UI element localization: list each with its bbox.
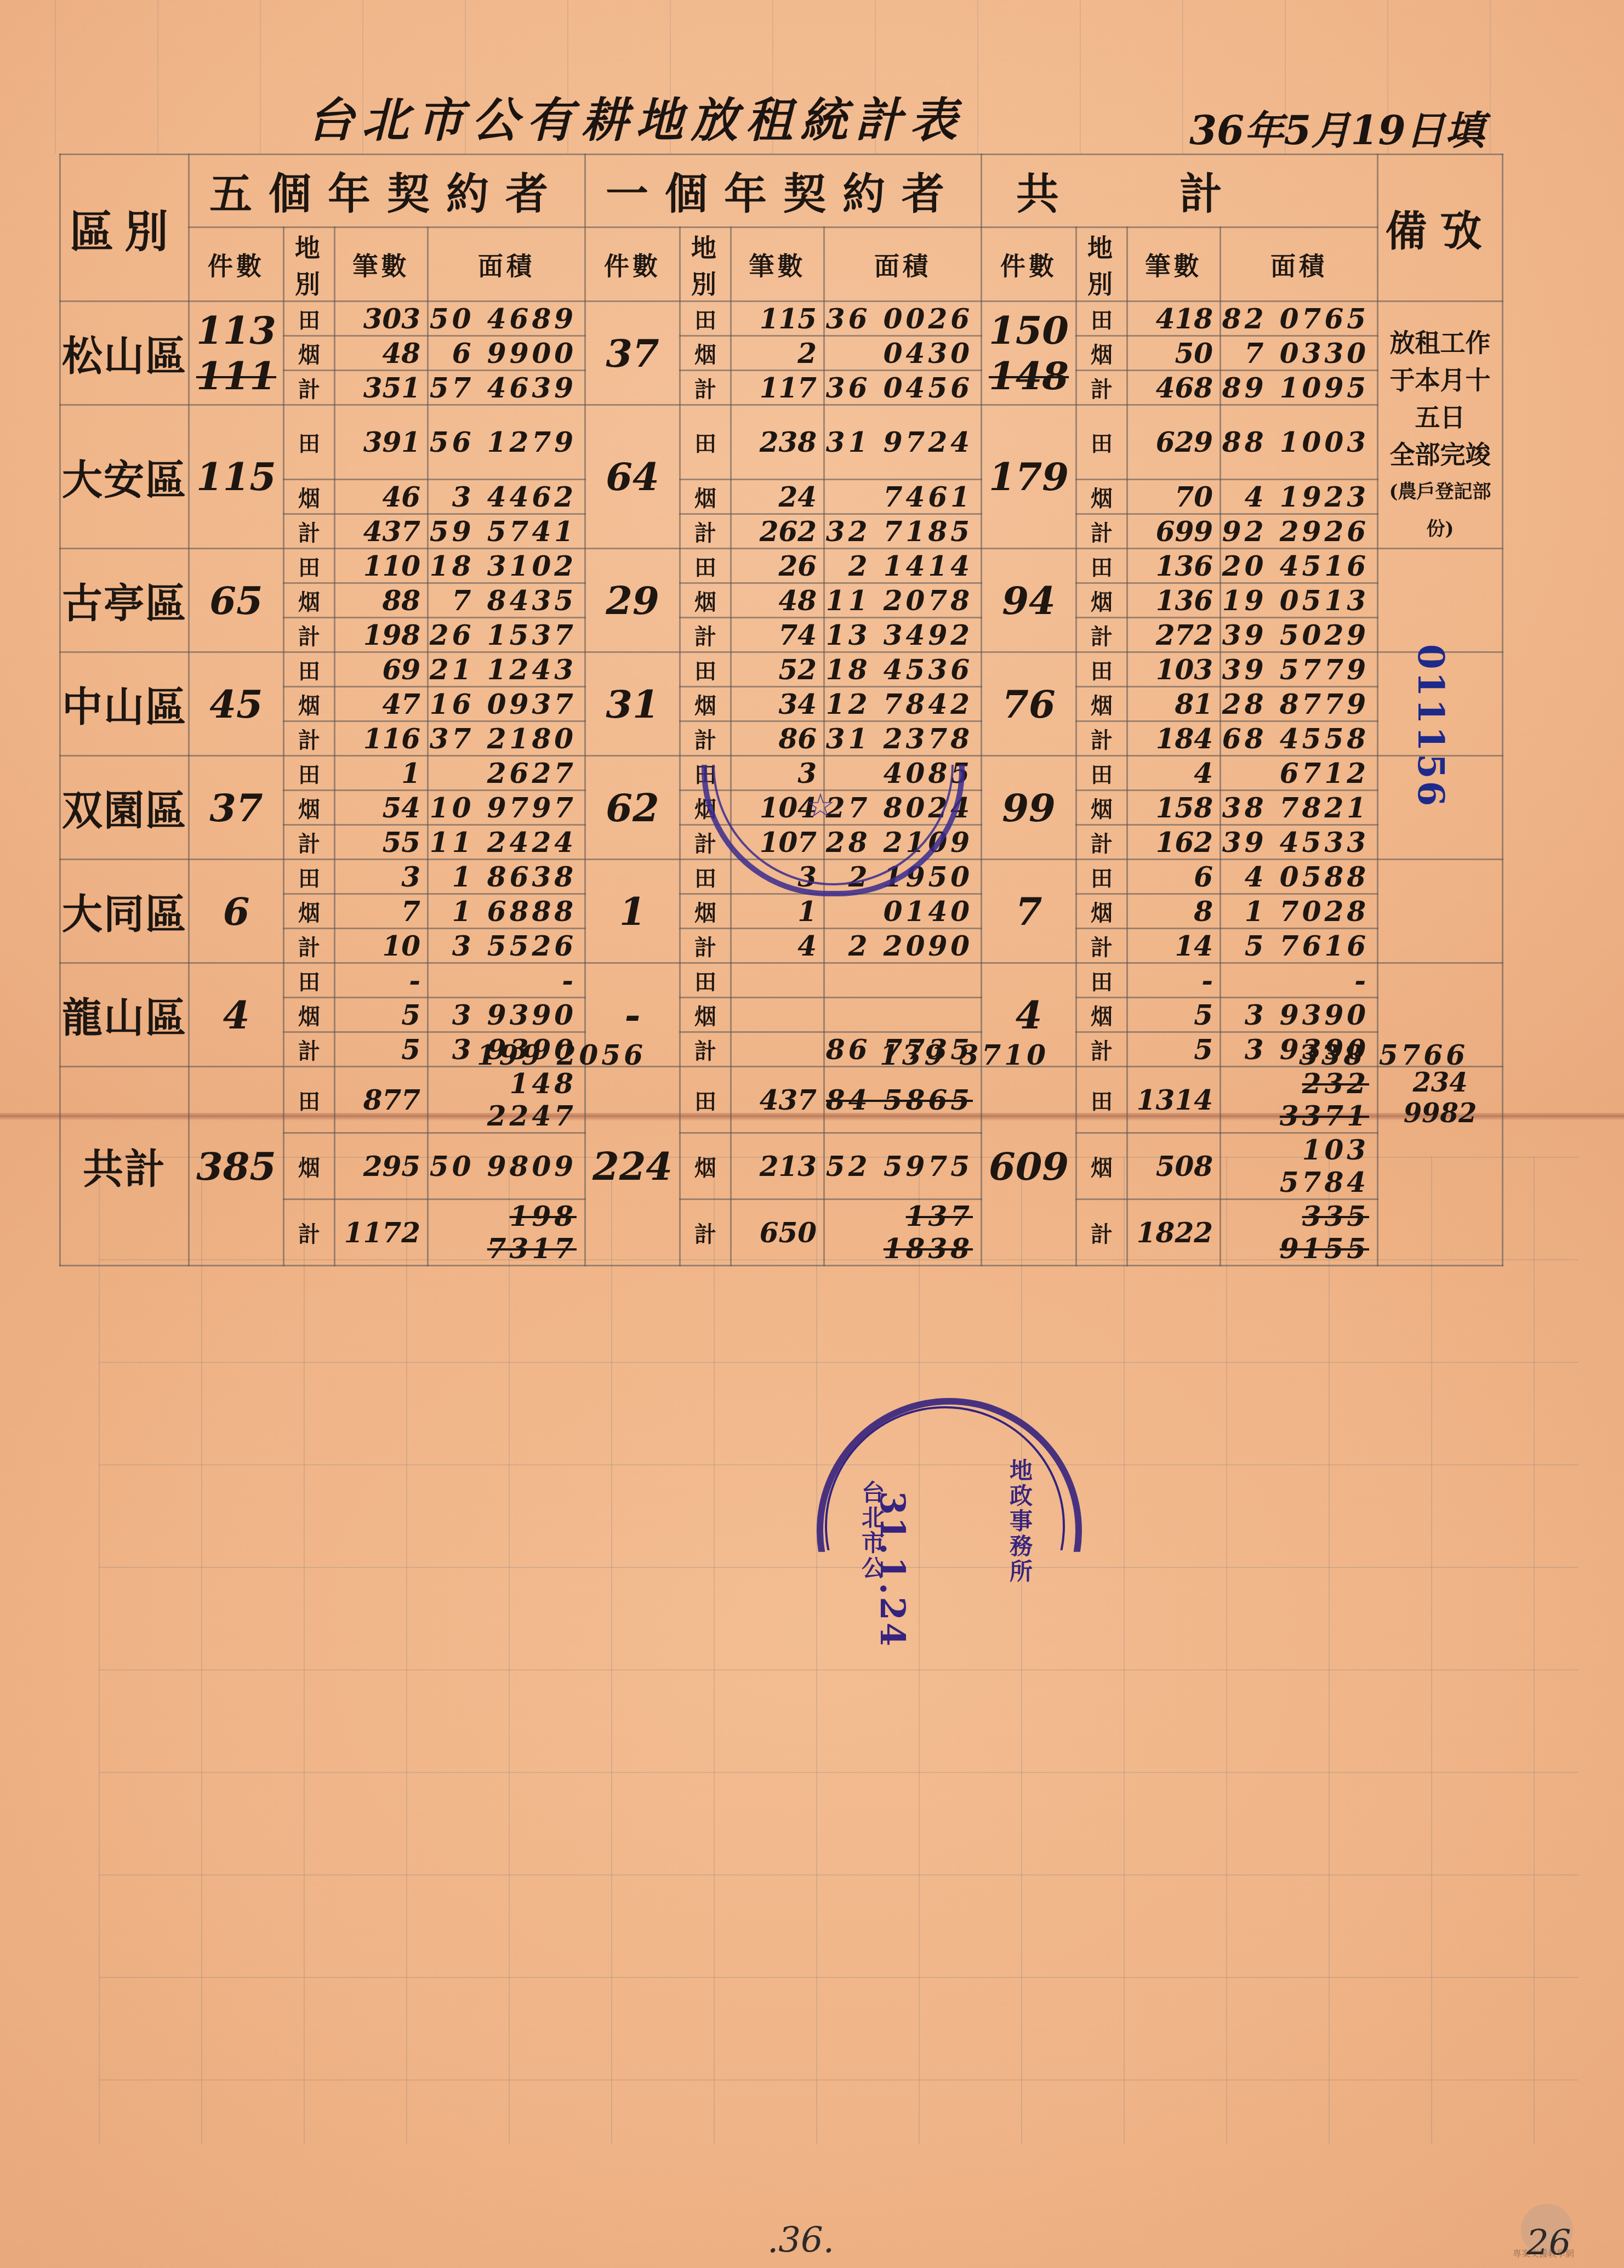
area-number: 5 7616 — [1245, 930, 1369, 962]
land-type: 烟 — [680, 894, 731, 929]
land-type: 烟 — [680, 687, 731, 721]
land-type: 計 — [284, 1032, 335, 1067]
cases-value: 62 — [606, 785, 659, 831]
table-row: 古亭區65田11018 310229田262 141494田13620 4516 — [60, 549, 1503, 583]
land-type: 烟 — [284, 583, 335, 618]
land-type: 田 — [284, 652, 335, 687]
lot-count: 55 — [335, 825, 428, 860]
subheader-land-type: 地別 — [680, 228, 731, 302]
land-type: 計 — [680, 929, 731, 963]
header-five-year: 五個年契約者 — [189, 155, 585, 228]
land-type: 計 — [680, 721, 731, 756]
lot-count: 1822 — [1127, 1200, 1221, 1266]
land-type: 烟 — [680, 480, 731, 514]
land-type: 田 — [284, 860, 335, 894]
land-type: 計 — [1076, 825, 1127, 860]
lot-count: 81 — [1127, 687, 1221, 721]
area-number: 3 9390 — [1245, 999, 1369, 1031]
land-type: 計 — [284, 618, 335, 652]
struck-cases-value: 111 — [196, 353, 276, 399]
area-value: 5 7616 — [1221, 929, 1378, 963]
area-value: 59 5741 — [428, 514, 585, 549]
land-type: 計 — [1076, 1032, 1127, 1067]
land-type: 田 — [680, 652, 731, 687]
area-value: 3 9390 — [1221, 998, 1378, 1032]
cases-value: 45 — [209, 681, 263, 727]
lot-count: 136 — [1127, 549, 1221, 583]
area-number: 6 9900 — [452, 337, 577, 370]
area-value: 39 5779 — [1221, 652, 1378, 687]
struck-cases-value: 148 — [989, 353, 1069, 399]
area-value: 84 5865 — [824, 1067, 982, 1133]
area-number: 7 0330 — [1245, 337, 1369, 370]
area-number: 19 0513 — [1222, 584, 1369, 617]
area-number: 13 3492 — [826, 619, 973, 651]
area-number: 0430 — [884, 337, 973, 370]
area-value: 335 9155 — [1221, 1200, 1378, 1266]
area-number: 36 0026 — [826, 303, 973, 335]
cases-value: 224 — [592, 1144, 673, 1189]
cases-value: 4 — [223, 992, 250, 1038]
area-number: 4 1923 — [1245, 481, 1369, 513]
cases-value: 99 — [1002, 785, 1055, 831]
subheader-area: 面積 — [428, 228, 585, 302]
area-number: 39 4533 — [1222, 826, 1369, 859]
page-number-right: 26 — [1526, 2223, 1571, 2264]
area-value: 3 5526 — [428, 929, 585, 963]
land-type: 計 — [284, 371, 335, 405]
lot-count: 1 — [335, 756, 428, 791]
subheader-lots: 筆數 — [731, 228, 824, 302]
area-value: 56 1279 — [428, 405, 585, 480]
area-number: 2 1414 — [848, 550, 973, 582]
lot-count: 437 — [335, 514, 428, 549]
land-type: 田 — [284, 1067, 335, 1133]
land-type: 計 — [1076, 721, 1127, 756]
cases-value: 150 — [989, 308, 1069, 353]
area-value: 82 0765 — [1221, 302, 1378, 336]
land-type: 田 — [1076, 302, 1127, 336]
district-name: 中山區 — [60, 652, 189, 756]
area-value: 3 9390 — [428, 998, 585, 1032]
land-type: 計 — [284, 1200, 335, 1266]
area-value: 198 7317 — [428, 1200, 585, 1266]
district-name: 共計 — [60, 1067, 189, 1266]
area-number: 3 5526 — [452, 930, 577, 962]
area-number: 89 1095 — [1222, 372, 1369, 404]
lot-count: 1 — [731, 894, 824, 929]
lower-page-grid — [99, 1157, 1579, 2144]
land-type: 烟 — [680, 998, 731, 1032]
lot-count: 4 — [1127, 756, 1221, 791]
lot-count: 198 — [335, 618, 428, 652]
area-value: 28 8779 — [1221, 687, 1378, 721]
land-type: 計 — [1076, 514, 1127, 549]
lot-count: 46 — [335, 480, 428, 514]
grand-total-note: 234 9982 — [1378, 1067, 1502, 1129]
remark-note: (農戶登記部份) — [1378, 473, 1502, 548]
cases-value: 31 — [606, 681, 659, 727]
area-number: 31 9724 — [826, 426, 973, 458]
land-type: 烟 — [1076, 687, 1127, 721]
area-number: 10 9797 — [430, 792, 577, 824]
area-number: 7 8435 — [452, 584, 577, 617]
area-value: 1 8638 — [428, 860, 585, 894]
lot-count — [731, 998, 824, 1032]
area-value: 36 0026 — [824, 302, 982, 336]
cases-value: 115 — [196, 454, 276, 499]
lot-count: 3 — [335, 860, 428, 894]
five-year-cases: 115 — [189, 405, 284, 549]
lot-count: 5 — [335, 1032, 428, 1067]
lot-count: 262 — [731, 514, 824, 549]
lot-count: 629 — [1127, 405, 1221, 480]
land-type: 計 — [1076, 618, 1127, 652]
land-type: 計 — [1076, 929, 1127, 963]
area-value: 137 1838 — [824, 1200, 982, 1266]
land-type: 烟 — [284, 791, 335, 825]
total-cases: 7 — [982, 860, 1076, 963]
five-year-cases: 65 — [189, 549, 284, 652]
area-value: 11 2078 — [824, 583, 982, 618]
lot-count: 162 — [1127, 825, 1221, 860]
lot-count: 5 — [1127, 1032, 1221, 1067]
header-remarks: 備攷 — [1378, 155, 1503, 302]
lot-count: 303 — [335, 302, 428, 336]
lot-count: 468 — [1127, 371, 1221, 405]
land-type: 田 — [284, 756, 335, 791]
lot-count: 116 — [335, 721, 428, 756]
lot-count: 272 — [1127, 618, 1221, 652]
total-cases: 94 — [982, 549, 1076, 652]
document-date: 36年5月19日填 — [1189, 99, 1485, 156]
cases-value: 64 — [606, 454, 659, 499]
area-number: 37 2180 — [430, 723, 577, 755]
land-type: 田 — [1076, 652, 1127, 687]
land-type: 計 — [1076, 371, 1127, 405]
lot-count: 70 — [1127, 480, 1221, 514]
area-number: 39 5029 — [1222, 619, 1369, 651]
lot-count: 117 — [731, 371, 824, 405]
lot-count: 110 — [335, 549, 428, 583]
archive-number: 011156 — [1410, 644, 1452, 809]
lot-count: 699 — [1127, 514, 1221, 549]
subheader-land-type: 地別 — [284, 228, 335, 302]
district-name: 古亭區 — [60, 549, 189, 652]
header-total: 共計 — [982, 155, 1378, 228]
area-value: 50 4689 — [428, 302, 585, 336]
area-number: 39 5779 — [1222, 653, 1369, 686]
area-value — [824, 963, 982, 998]
area-value: 21 1243 — [428, 652, 585, 687]
land-type: 田 — [1076, 860, 1127, 894]
area-number: 68 4558 — [1222, 723, 1369, 755]
area-value: 88 1003 — [1221, 405, 1378, 480]
lot-count: 47 — [335, 687, 428, 721]
area-value: 11 2424 — [428, 825, 585, 860]
cases-value: 94 — [1002, 578, 1055, 623]
area-value: 10 9797 — [428, 791, 585, 825]
lot-count: 115 — [731, 302, 824, 336]
lot-count: 508 — [1127, 1133, 1221, 1200]
area-number: 335 9155 — [1280, 1200, 1369, 1265]
corrected-five-year-area: 199 2056 — [477, 1039, 646, 1071]
land-type: 田 — [1076, 756, 1127, 791]
land-type: 田 — [1076, 405, 1127, 480]
area-value: 2 1414 — [824, 549, 982, 583]
lot-count: 103 — [1127, 652, 1221, 687]
area-value: 148 2247 — [428, 1067, 585, 1133]
area-value: 89 1095 — [1221, 371, 1378, 405]
area-number: 137 1838 — [884, 1200, 973, 1265]
area-number: 56 1279 — [430, 426, 577, 458]
land-type: 烟 — [1076, 583, 1127, 618]
land-type: 田 — [680, 963, 731, 998]
land-type: 烟 — [284, 336, 335, 371]
five-year-cases: 113111 — [189, 302, 284, 405]
area-value: 7461 — [824, 480, 982, 514]
lot-count: 650 — [731, 1200, 824, 1266]
area-number: 2 2090 — [848, 930, 973, 962]
lot-count: 54 — [335, 791, 428, 825]
area-value: 31 2378 — [824, 721, 982, 756]
lot-count: 238 — [731, 405, 824, 480]
cases-value: 609 — [989, 1144, 1069, 1189]
land-type: 田 — [680, 860, 731, 894]
subheader-cases: 件數 — [982, 228, 1076, 302]
area-value: 36 0456 — [824, 371, 982, 405]
land-type: 計 — [284, 514, 335, 549]
lot-count: 7 — [335, 894, 428, 929]
area-value: 1 6888 — [428, 894, 585, 929]
cases-value: 4 — [1016, 992, 1042, 1038]
area-value: - — [1221, 963, 1378, 998]
area-value: 1 7028 — [1221, 894, 1378, 929]
subheader-area: 面積 — [1221, 228, 1378, 302]
land-type: 烟 — [284, 1133, 335, 1200]
area-number: - — [562, 964, 577, 997]
land-type: 計 — [680, 514, 731, 549]
land-type: 田 — [680, 549, 731, 583]
area-value: 50 9809 — [428, 1133, 585, 1200]
one-year-cases: 1 — [585, 860, 680, 963]
lot-count: 1172 — [335, 1200, 428, 1266]
area-number: 38 7821 — [1222, 792, 1369, 824]
lot-count: 158 — [1127, 791, 1221, 825]
statistics-table: 區別 五個年契約者 一個年契約者 共計 備攷 件數地別筆數面積件數地別筆數面積件… — [59, 154, 1503, 1266]
land-type: 烟 — [1076, 480, 1127, 514]
one-year-cases: 29 — [585, 549, 680, 652]
land-type: 烟 — [1076, 894, 1127, 929]
one-year-cases: 64 — [585, 405, 680, 549]
lot-count: 50 — [1127, 336, 1221, 371]
area-number: 3 9390 — [452, 999, 577, 1031]
total-cases: 609 — [982, 1067, 1076, 1266]
area-value — [824, 998, 982, 1032]
one-year-cases: 62 — [585, 756, 680, 860]
lot-count: 52 — [731, 652, 824, 687]
cases-value: 37 — [606, 331, 659, 376]
subheader-area: 面積 — [824, 228, 982, 302]
total-cases: 99 — [982, 756, 1076, 860]
remarks-cell: 放租工作于本月十五日全部完竣(農戶登記部份) — [1378, 302, 1503, 549]
remark-line: 全部完竣 — [1378, 436, 1502, 473]
area-value: 18 3102 — [428, 549, 585, 583]
area-number: 198 7317 — [487, 1200, 577, 1265]
area-number: 18 3102 — [430, 550, 577, 582]
area-number: 18 4536 — [826, 653, 973, 686]
land-type: 田 — [1076, 549, 1127, 583]
area-value: 6 9900 — [428, 336, 585, 371]
area-value: 12 7842 — [824, 687, 982, 721]
area-number: 26 1537 — [430, 619, 577, 651]
land-type: 計 — [680, 1032, 731, 1067]
district-name: 龍山區 — [60, 963, 189, 1067]
land-type: 計 — [284, 825, 335, 860]
lot-count: 4 — [731, 929, 824, 963]
area-number: 32 7185 — [826, 515, 973, 548]
table-row: 龍山區4田---田4田-- — [60, 963, 1503, 998]
cases-value: 6 — [223, 889, 250, 934]
lot-count: 418 — [1127, 302, 1221, 336]
area-number: 16 0937 — [430, 688, 577, 720]
total-cases: 150148 — [982, 302, 1076, 405]
land-type: 田 — [1076, 1067, 1127, 1133]
area-value: 16 0937 — [428, 687, 585, 721]
area-number: 11 2078 — [826, 584, 973, 617]
total-cases: 76 — [982, 652, 1076, 756]
area-value: 0430 — [824, 336, 982, 371]
area-value: 31 9724 — [824, 405, 982, 480]
lot-count: 5 — [335, 998, 428, 1032]
lot-count: 48 — [335, 336, 428, 371]
lot-count: 136 — [1127, 583, 1221, 618]
cases-value: 7 — [1016, 889, 1042, 934]
area-number: 52 5975 — [826, 1150, 973, 1183]
land-type: 計 — [680, 1200, 731, 1266]
table-row: 大安區115田39156 127964田23831 9724179田62988 … — [60, 405, 1503, 480]
area-value: 92 2926 — [1221, 514, 1378, 549]
area-value: - — [428, 963, 585, 998]
area-value: 20 4516 — [1221, 549, 1378, 583]
area-value: 57 4639 — [428, 371, 585, 405]
subheader-lots: 筆數 — [335, 228, 428, 302]
remark-line: 于本月十五日 — [1378, 361, 1502, 436]
land-type: 烟 — [1076, 336, 1127, 371]
area-value: 19 0513 — [1221, 583, 1378, 618]
area-value: 68 4558 — [1221, 721, 1378, 756]
area-number: 36 0456 — [826, 372, 973, 404]
lot-count: 24 — [731, 480, 824, 514]
area-value: 7 8435 — [428, 583, 585, 618]
lot-count: 88 — [335, 583, 428, 618]
area-value: 6712 — [1221, 756, 1378, 791]
cases-value: 29 — [606, 578, 659, 623]
area-value: 2 2090 — [824, 929, 982, 963]
lot-count: 34 — [731, 687, 824, 721]
star-icon: ☆ — [806, 787, 835, 825]
remark-line: 放租工作 — [1378, 324, 1502, 361]
area-value: 18 4536 — [824, 652, 982, 687]
area-number: 0140 — [884, 895, 973, 928]
lot-count — [731, 963, 824, 998]
area-number: 11 2424 — [430, 826, 577, 859]
lot-count: 213 — [731, 1133, 824, 1200]
land-type: 烟 — [284, 998, 335, 1032]
area-number: 57 4639 — [430, 372, 577, 404]
area-value: 52 5975 — [824, 1133, 982, 1200]
cases-value: 1 — [619, 889, 646, 934]
lot-count — [731, 1032, 824, 1067]
area-value: 232 3371 — [1221, 1067, 1378, 1133]
area-number: 3 4462 — [452, 481, 577, 513]
area-value: 37 2180 — [428, 721, 585, 756]
area-value: 0140 — [824, 894, 982, 929]
corrected-total-area: 338 5766 — [1299, 1039, 1468, 1071]
land-type: 計 — [284, 721, 335, 756]
header-district: 區別 — [60, 155, 189, 302]
land-type: 烟 — [680, 336, 731, 371]
land-type: 田 — [1076, 963, 1127, 998]
lot-count: 5 — [1127, 998, 1221, 1032]
lot-count: 2 — [731, 336, 824, 371]
cases-value: 113 — [196, 308, 276, 353]
area-number: 1 7028 — [1245, 895, 1369, 928]
area-number: 1 6888 — [452, 895, 577, 928]
lot-count: 437 — [731, 1067, 824, 1133]
land-type: 烟 — [284, 687, 335, 721]
area-number: 84 5865 — [826, 1084, 973, 1116]
lot-count: 8 — [1127, 894, 1221, 929]
cases-value: 179 — [989, 454, 1069, 499]
district-name: 松山區 — [60, 302, 189, 405]
table-row: 共計385田877148 2247224田43784 5865609田13142… — [60, 1067, 1503, 1133]
five-year-cases: 45 — [189, 652, 284, 756]
lot-count: 14 — [1127, 929, 1221, 963]
lot-count: 86 — [731, 721, 824, 756]
land-type: 田 — [680, 1067, 731, 1133]
district-name: 双園區 — [60, 756, 189, 860]
land-type: 烟 — [1076, 791, 1127, 825]
land-type: 烟 — [1076, 998, 1127, 1032]
lot-count: 391 — [335, 405, 428, 480]
area-number: 31 2378 — [826, 723, 973, 755]
land-type: 田 — [680, 405, 731, 480]
district-name: 大安區 — [60, 405, 189, 549]
stamp-org-right: 地政事務所 — [1003, 1458, 1036, 1584]
area-number: 20 4516 — [1222, 550, 1369, 582]
area-number: 6712 — [1280, 757, 1369, 789]
area-number: 148 2247 — [487, 1067, 577, 1132]
land-type: 烟 — [680, 1133, 731, 1200]
land-type: 烟 — [284, 894, 335, 929]
area-number: 59 5741 — [430, 515, 577, 548]
land-type: 烟 — [680, 583, 731, 618]
five-year-cases: 6 — [189, 860, 284, 963]
cases-value: 76 — [1002, 681, 1055, 727]
area-number: 103 5784 — [1280, 1134, 1369, 1198]
area-number: 232 3371 — [1280, 1067, 1369, 1132]
area-value: 103 5784 — [1221, 1133, 1378, 1200]
subheader-cases: 件數 — [585, 228, 680, 302]
land-type: 田 — [284, 549, 335, 583]
stamp-date: 31.1.24 — [873, 1491, 913, 1649]
subheader-cases: 件數 — [189, 228, 284, 302]
total-cases: 179 — [982, 405, 1076, 549]
area-number: 50 9809 — [430, 1150, 577, 1183]
lot-count: - — [335, 963, 428, 998]
lot-count: 6 — [1127, 860, 1221, 894]
